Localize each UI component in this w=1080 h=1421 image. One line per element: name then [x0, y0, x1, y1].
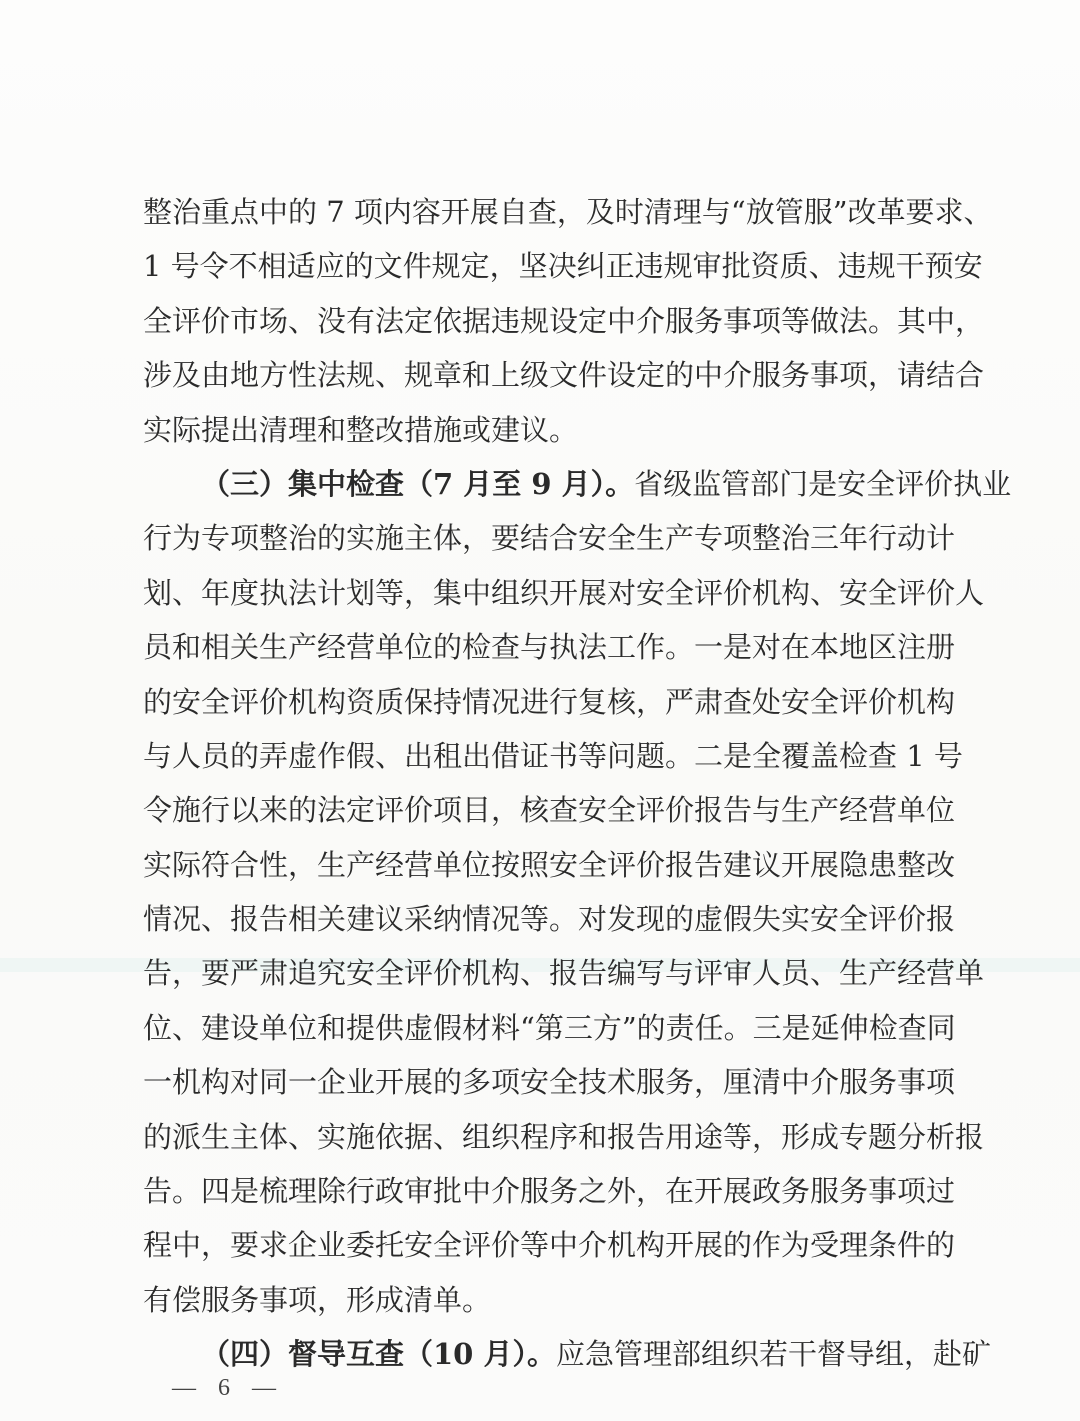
text-line: 有偿服务事项，形成清单。 [143, 1273, 943, 1327]
paragraph-4-supervision-inspection: （四）督导互查（10 月）。应急管理部组织若干督导组，赴矿 [143, 1327, 943, 1381]
text-line: 实际符合性，生产经营单位按照安全评价报告建议开展隐患整改 [143, 838, 943, 892]
document-page: 整治重点中的 7 项内容开展自查，及时清理与“放管服”改革要求、 1 号令不相适… [0, 0, 1080, 1421]
text-line: 一机构对同一企业开展的多项安全技术服务，厘清中介服务事项 [143, 1055, 943, 1109]
text-line: 位、建设单位和提供虚假材料“第三方”的责任。三是延伸检查同 [143, 1001, 943, 1055]
text-line: 实际提出清理和整改措施或建议。 [143, 403, 943, 457]
paragraph-3-centralized-inspection: （三）集中检查（7 月至 9 月）。省级监管部门是安全评价执业 行为专项整治的实… [143, 457, 943, 1327]
text-line: （四）督导互查（10 月）。应急管理部组织若干督导组，赴矿 [143, 1327, 943, 1381]
text-span: 省级监管部门是安全评价执业 [634, 467, 1011, 501]
text-line: 1 号令不相适应的文件规定，坚决纠正违规审批资质、违规干预安 [143, 239, 943, 293]
paragraph-1: 整治重点中的 7 项内容开展自查，及时清理与“放管服”改革要求、 1 号令不相适… [143, 185, 943, 457]
section-heading: （四）督导互查（10 月）。 [201, 1337, 556, 1371]
text-line: 程中，要求企业委托安全评价等中介机构开展的作为受理条件的 [143, 1218, 943, 1272]
text-line: 行为专项整治的实施主体，要结合安全生产专项整治三年行动计 [143, 511, 943, 565]
page-number: — 6 — [172, 1375, 284, 1402]
text-line: 的派生主体、实施依据、组织程序和报告用途等，形成专题分析报 [143, 1110, 943, 1164]
text-line: 情况、报告相关建议采纳情况等。对发现的虚假失实安全评价报 [143, 892, 943, 946]
section-heading: （三）集中检查（7 月至 9 月）。 [201, 467, 634, 501]
document-body: 整治重点中的 7 项内容开展自查，及时清理与“放管服”改革要求、 1 号令不相适… [143, 185, 943, 1382]
text-line: 全评价市场、没有法定依据违规设定中介服务事项等做法。其中， [143, 294, 943, 348]
text-line: 整治重点中的 7 项内容开展自查，及时清理与“放管服”改革要求、 [143, 185, 943, 239]
text-line: 涉及由地方性法规、规章和上级文件设定的中介服务事项，请结合 [143, 348, 943, 402]
text-line: 告，要严肃追究安全评价机构、报告编写与评审人员、生产经营单 [143, 946, 943, 1000]
text-line: 的安全评价机构资质保持情况进行复核，严肃查处安全评价机构 [143, 675, 943, 729]
text-line: 员和相关生产经营单位的检查与执法工作。一是对在本地区注册 [143, 620, 943, 674]
text-line: 告。四是梳理除行政审批中介服务之外，在开展政务服务事项过 [143, 1164, 943, 1218]
text-line: 令施行以来的法定评价项目，核查安全评价报告与生产经营单位 [143, 783, 943, 837]
text-line: 划、年度执法计划等，集中组织开展对安全评价机构、安全评价人 [143, 566, 943, 620]
text-line: 与人员的弄虚作假、出租出借证书等问题。二是全覆盖检查 1 号 [143, 729, 943, 783]
text-line: （三）集中检查（7 月至 9 月）。省级监管部门是安全评价执业 [143, 457, 943, 511]
text-span: 应急管理部组织若干督导组，赴矿 [556, 1337, 991, 1371]
